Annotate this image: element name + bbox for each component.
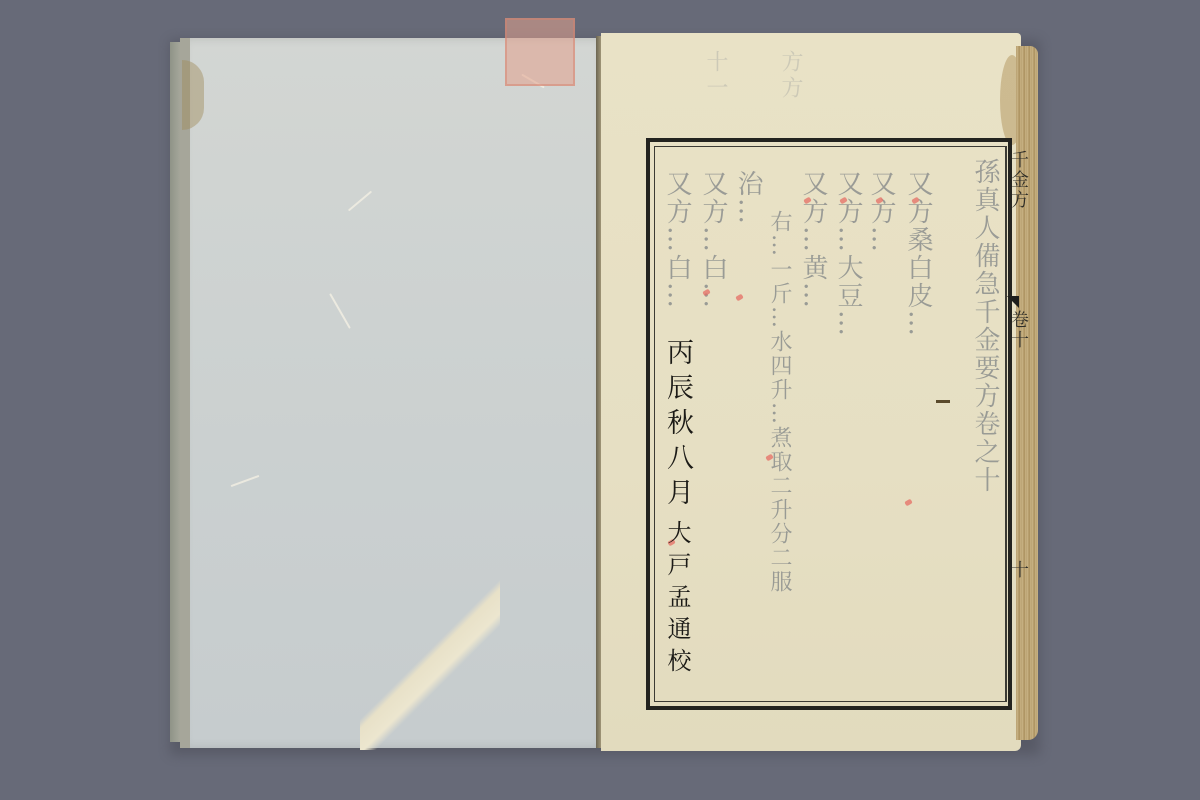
text-column: 又方…白… [664,170,690,310]
colophon-date: 丙辰秋八月 [664,338,690,513]
banxin-page-number: 十 [1005,560,1031,580]
text-column: 治… [735,170,761,226]
text-column: 又方… [868,170,894,254]
seal-text: red collector's seal, illegible [507,20,573,84]
banxin-center-column [1006,146,1021,702]
paper-repair-strip [360,580,500,750]
ink-mark [936,400,950,403]
banxin-volume: 卷十 [1005,310,1031,350]
text-column: 又方…白… [700,170,726,310]
colophon-editor: 大戸孟通校 [664,520,690,680]
water-stain [182,60,204,130]
show-through-text: 十一 [700,50,731,102]
text-column: 又方桑白皮… [905,170,931,338]
title-column: 孫真人備急千金要方卷之十 [972,158,998,494]
banxin-title: 千金方 [1005,150,1031,210]
text-column: 又方…黄… [800,170,826,310]
text-column: 右…一斤…水四升…煮取二升分二服 [766,210,792,594]
show-through-text: 方方 [775,50,806,102]
collector-seal: red collector's seal, illegible [505,18,575,86]
text-column: 又方…大豆… [835,170,861,338]
